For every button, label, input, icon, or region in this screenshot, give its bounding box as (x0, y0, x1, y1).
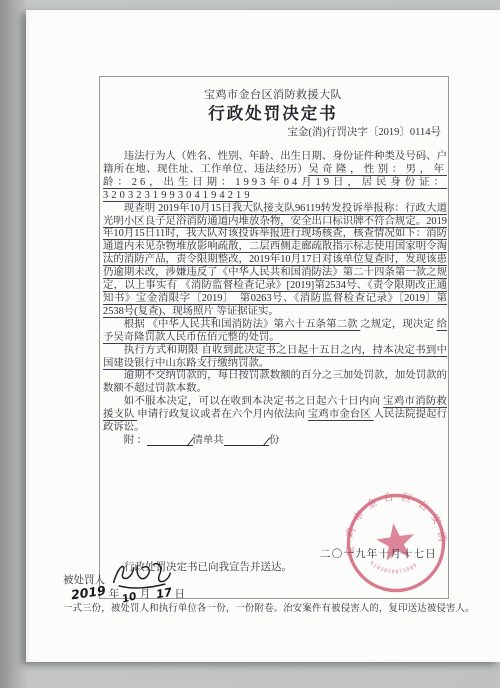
attachment-blank-2: / (224, 435, 269, 446)
form-filled-text: 宝鸡市金台区 (308, 409, 374, 420)
handwritten-slash: / (167, 432, 193, 446)
attachment-blank-1: / (147, 435, 192, 446)
form-template-text: 现查明 (124, 203, 158, 214)
attachment-middle: 清单共 (193, 435, 224, 446)
paper-sheet: 宝鸡市金台区消防救援大队 行政处罚决定书 宝金(消)行罚决字〔2019〕0114… (26, 10, 500, 662)
attachment-label: 附 ： (124, 435, 147, 446)
form-filled-text: 《中华人民共和国消防法》第六十五条第二款 (148, 319, 361, 330)
attachment-line: 附 ：/清单共/份 (103, 435, 447, 448)
document-paragraph: 根据 《中华人民共和国消防法》第六十五条第二款 之规定，现决定 给予吴奇隆罚款人… (103, 319, 447, 345)
document-paragraph: 违法行为人（姓名、性别、年龄、出生日期、身份证件种类及号码、户籍所在地、现住址、… (103, 151, 447, 203)
day-label: 日 (174, 589, 185, 600)
handwritten-year: 2019 (70, 583, 107, 603)
handwritten-signature: 吴奇隆 (110, 560, 174, 590)
document-paragraph: 如不服本决定，可以在收到本决定书之日起六十日内向 宝鸡市消防救援支队 申请行政复… (103, 396, 447, 435)
form-filled-text: 2019年10月15日我大队接支队96119转发投诉举报称：行政大道光明小区良子… (103, 203, 447, 317)
scanned-document-page: { "header": { "org": "宝鸡市金台区消防救援大队", "ti… (0, 0, 500, 688)
document-body: 违法行为人（姓名、性别、年龄、出生日期、身份证件种类及号码、户籍所在地、现住址、… (103, 151, 447, 448)
form-template-text: 申请行政复议或者在六个月内依法向 (137, 409, 308, 420)
form-template-text: 之规定，现决定 (360, 319, 436, 330)
form-template-text: 如不服本决定，可以在收到本决定书之日起六十日内向 (124, 396, 383, 407)
handwritten-slash: / (244, 432, 270, 446)
document-number: 宝金(消)行罚决字〔2019〕0114号 (287, 124, 441, 139)
document-paragraph: 执行方式和期限 自收到此决定书之日起十五日之内，持本决定书到中国建设银行中山东路… (103, 345, 447, 371)
document-paragraph: 现查明 2019年10月15日我大队接支队96119转发投诉举报称：行政大道光明… (103, 203, 447, 319)
form-template-text: 逾期不交纳罚款的，每日按罚款数额的百分之三加处罚款，加处罚款的数额不超过罚款本数… (103, 370, 447, 394)
month-label: 月 (140, 589, 151, 600)
form-template-text: 等证据证实。 (216, 306, 278, 317)
decision-date: 二〇一九年十月十七日 (320, 546, 450, 561)
document-title: 行政处罚决定书 (99, 100, 447, 124)
year-label: 年 (109, 589, 120, 600)
form-template-text: 根据 (124, 319, 148, 330)
document-paragraph: 逾期不交纳罚款的，每日按罚款数额的百分之三加处罚款，加处罚款的数额不超过罚款本数… (103, 370, 447, 396)
attachment-suffix: 份 (269, 435, 279, 446)
official-red-seal-stamp: 宝鸡市金台区公安消防大队 6103030073009 (337, 484, 454, 601)
form-template-text: 执行方式和期限 (124, 345, 202, 356)
